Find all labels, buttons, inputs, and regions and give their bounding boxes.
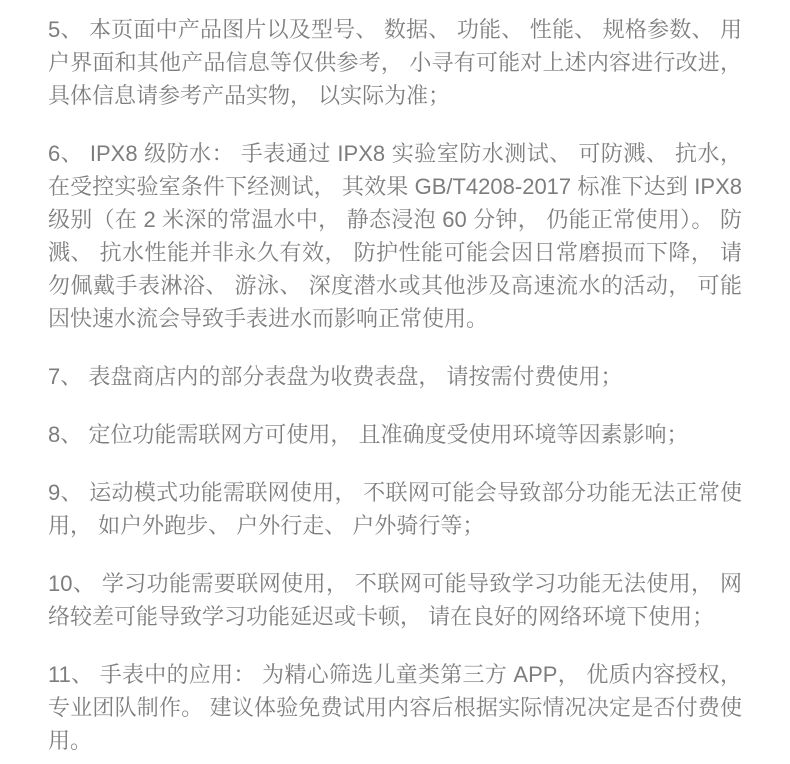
disclaimer-item-6: 6、 IPX8 级防水： 手表通过 IPX8 实验室防水测试、 可防溅、 抗水，… bbox=[48, 137, 742, 335]
disclaimer-item-10: 10、 学习功能需要联网使用， 不联网可能导致学习功能无法使用， 网络较差可能导… bbox=[48, 567, 742, 633]
disclaimer-item-8: 8、 定位功能需联网方可使用， 且准确度受使用环境等因素影响； bbox=[48, 418, 742, 451]
disclaimer-item-7: 7、 表盘商店内的部分表盘为收费表盘， 请按需付费使用； bbox=[48, 360, 742, 393]
disclaimer-item-9: 9、 运动模式功能需联网使用， 不联网可能会导致部分功能无法正常使用， 如户外跑… bbox=[48, 476, 742, 542]
product-disclaimer-section: 5、 本页面中产品图片以及型号、 数据、 功能、 性能、 规格参数、 用户界面和… bbox=[0, 0, 790, 757]
disclaimer-item-11: 11、 手表中的应用： 为精心筛选儿童类第三方 APP， 优质内容授权， 专业团… bbox=[48, 658, 742, 757]
disclaimer-item-5: 5、 本页面中产品图片以及型号、 数据、 功能、 性能、 规格参数、 用户界面和… bbox=[48, 13, 742, 112]
